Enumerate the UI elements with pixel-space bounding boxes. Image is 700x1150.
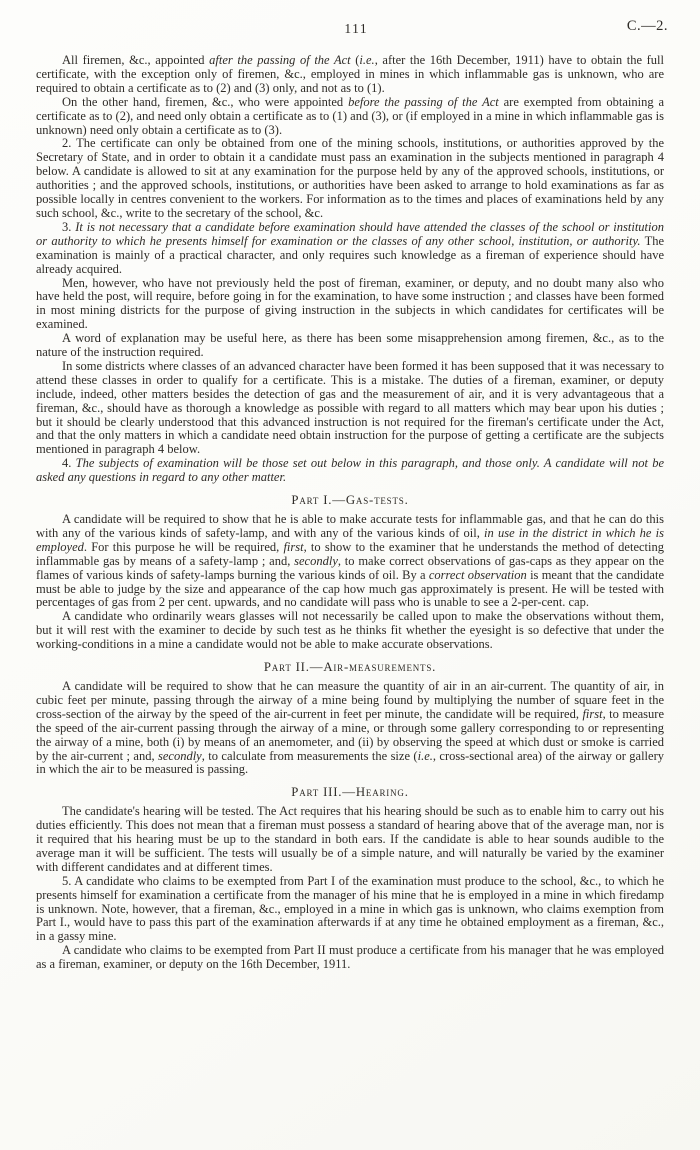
- page-number: 111: [344, 22, 368, 36]
- heading-part-1-gas-tests: Part I.—Gas-tests.: [36, 494, 664, 508]
- paragraph-firemen-appointed-after-act: All firemen, &c., appointed after the pa…: [36, 54, 664, 96]
- paragraph-2-certificate-obtained: 2. The certificate can only be obtained …: [36, 137, 664, 220]
- document-reference: C.—2.: [627, 20, 668, 34]
- paragraph-advanced-classes-mistake: In some districts where classes of an ad…: [36, 360, 664, 457]
- heading-part-3-hearing: Part III.—Hearing.: [36, 786, 664, 800]
- paragraph-4-subjects-of-examination: 4. The subjects of examination will be t…: [36, 457, 664, 485]
- document-page: 111 C.—2. All firemen, &c., appointed af…: [0, 0, 700, 1150]
- paragraph-glasses-eyesight: A candidate who ordinarily wears glasses…: [36, 610, 664, 652]
- paragraph-3-not-necessary-classes: 3. It is not necessary that a candidate …: [36, 221, 664, 277]
- paragraph-firemen-appointed-before-act: On the other hand, firemen, &c., who wer…: [36, 96, 664, 138]
- paragraph-air-measurements-requirements: A candidate will be required to show tha…: [36, 680, 664, 777]
- page-header: 111 C.—2.: [36, 20, 664, 44]
- heading-part-2-air-measurements: Part II.—Air-measurements.: [36, 661, 664, 675]
- paragraph-5-exemption-part-1: 5. A candidate who claims to be exempted…: [36, 875, 664, 945]
- paragraph-word-of-explanation: A word of explanation may be useful here…: [36, 332, 664, 360]
- paragraph-men-instruction: Men, however, who have not previously he…: [36, 277, 664, 333]
- paragraph-hearing-test: The candidate's hearing will be tested. …: [36, 805, 664, 875]
- paragraph-exemption-part-2: A candidate who claims to be exempted fr…: [36, 944, 664, 972]
- paragraph-gas-tests-requirements: A candidate will be required to show tha…: [36, 513, 664, 610]
